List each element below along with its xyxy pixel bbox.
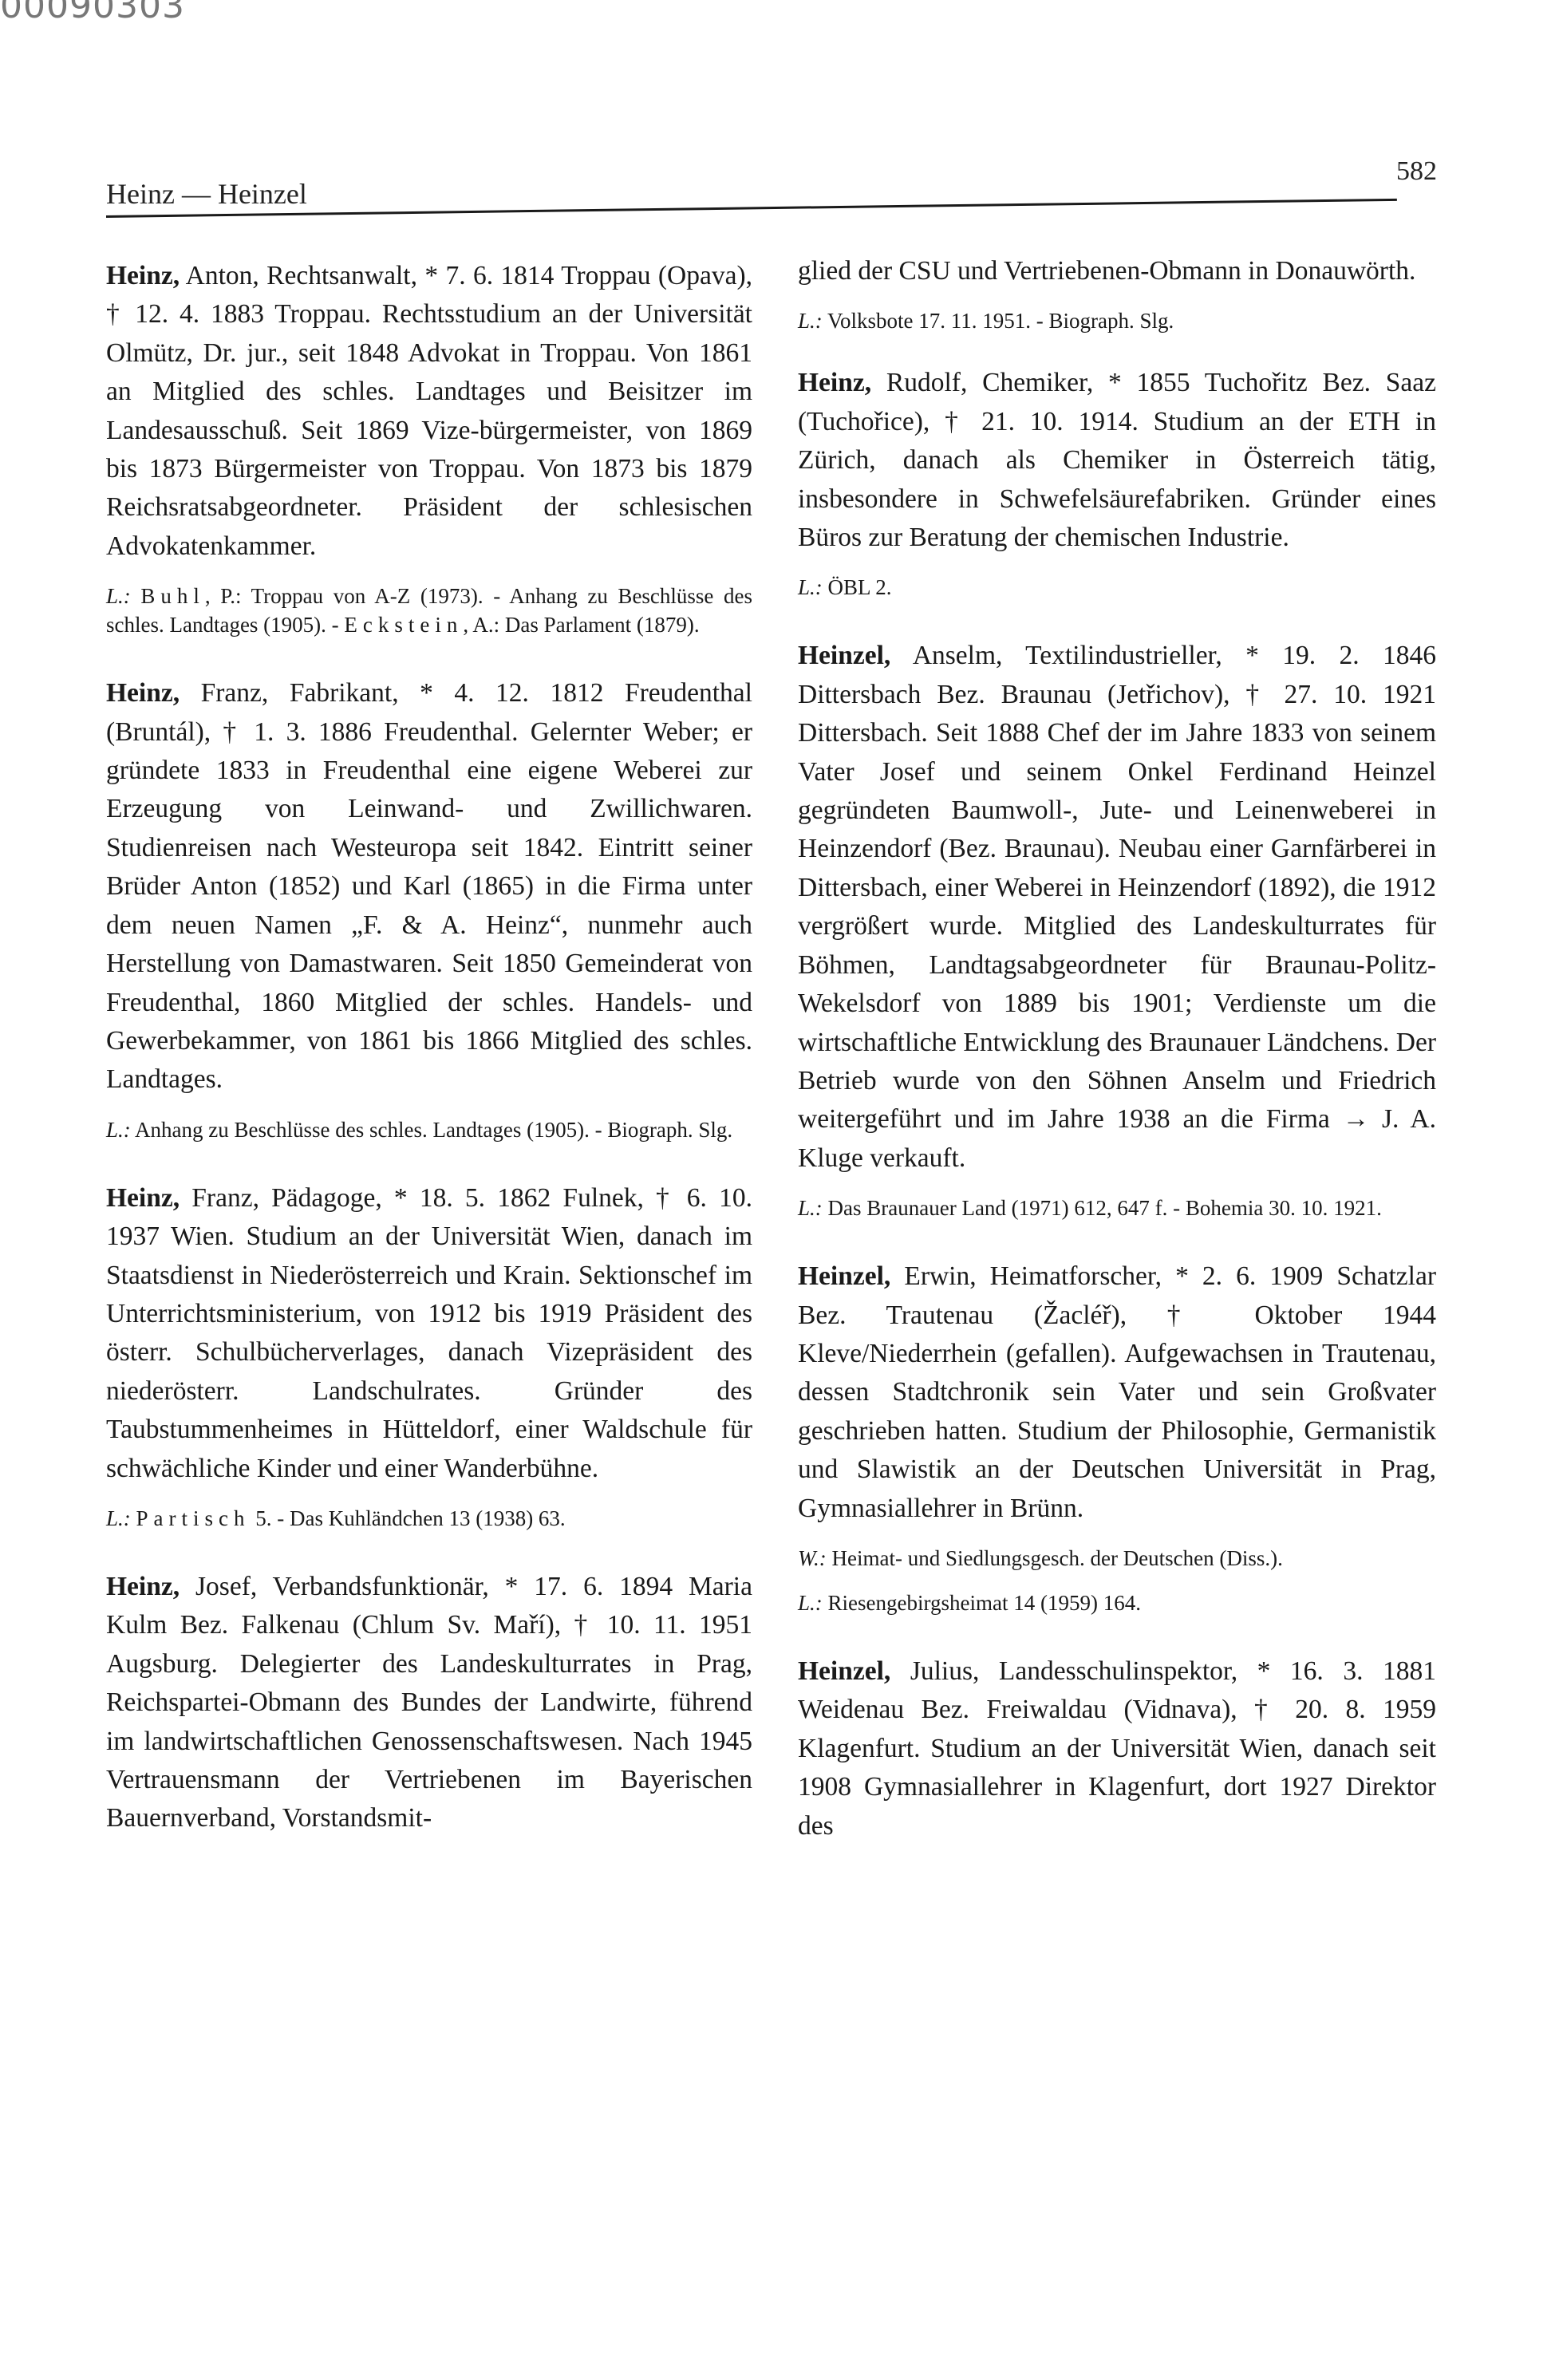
- entry-heinz-anton: Heinz, Anton, Rechtsanwalt, * 7. 6. 1814…: [106, 257, 752, 639]
- author-name: Partisch: [136, 1506, 251, 1530]
- entry-text: Julius, Landesschulinspektor, * 16. 3. 1…: [798, 1656, 1436, 1841]
- page-number: 582: [1396, 156, 1437, 187]
- entry-body: Heinz, Anton, Rechtsanwalt, * 7. 6. 1814…: [106, 257, 752, 566]
- ref-label: L.:: [106, 1118, 131, 1142]
- ref-label: L.:: [106, 1506, 131, 1530]
- entry-headword: Heinz,: [106, 261, 180, 290]
- entry-body: Heinz, Franz, Fabrikant, * 4. 12. 1812 F…: [106, 674, 752, 1099]
- ref-label: L.:: [798, 309, 823, 333]
- literature-reference: L.: Buhl, P.: Troppau von A-Z (1973). - …: [106, 582, 752, 639]
- ref-label: W.:: [798, 1546, 827, 1570]
- entry-headword: Heinzel,: [798, 1261, 890, 1291]
- entry-text: Rudolf, Chemiker, * 1855 Tuchořitz Bez. …: [798, 368, 1436, 552]
- entry-headword: Heinz,: [106, 1183, 180, 1213]
- literature-reference: L.: ÖBL 2.: [798, 573, 1436, 602]
- ref-text: [131, 1506, 136, 1530]
- works-reference: W.: Heimat- und Siedlungsgesch. der Deut…: [798, 1544, 1436, 1573]
- entry-heinz-josef-continued: glied der CSU und Vertriebenen-Obmann in…: [798, 252, 1436, 335]
- entry-text: Anton, Rechtsanwalt, * 7. 6. 1814 Troppa…: [106, 261, 752, 561]
- entry-body: Heinzel, Erwin, Heimatforscher, * 2. 6. …: [798, 1257, 1436, 1528]
- literature-reference: L.: Volksbote 17. 11. 1951. - Biograph. …: [798, 306, 1436, 335]
- entry-heinz-franz-fabrikant: Heinz, Franz, Fabrikant, * 4. 12. 1812 F…: [106, 674, 752, 1143]
- ref-label: L.:: [798, 1196, 823, 1220]
- entry-heinzel-erwin: Heinzel, Erwin, Heimatforscher, * 2. 6. …: [798, 1257, 1436, 1617]
- ref-label: L.:: [106, 584, 131, 608]
- ref-label: L.:: [798, 575, 823, 599]
- literature-reference: L.: Das Braunauer Land (1971) 612, 647 f…: [798, 1194, 1436, 1222]
- entry-body: Heinzel, Anselm, Textilindustrieller, * …: [798, 637, 1436, 1178]
- ref-text: Anhang zu Beschlüsse des schles. Landtag…: [131, 1118, 732, 1142]
- entry-heinz-rudolf: Heinz, Rudolf, Chemiker, * 1855 Tuchořit…: [798, 364, 1436, 602]
- author-name: Buhl: [140, 584, 205, 608]
- entry-heinzel-anselm: Heinzel, Anselm, Textilindustrieller, * …: [798, 637, 1436, 1222]
- ref-text: Das Braunauer Land (1971) 612, 647 f. - …: [823, 1196, 1382, 1220]
- entry-headword: Heinz,: [798, 368, 871, 397]
- entry-heinz-josef: Heinz, Josef, Verbandsfunktionär, * 17. …: [106, 1568, 752, 1838]
- literature-reference: L.: Partisch 5. - Das Kuhländchen 13 (19…: [106, 1504, 752, 1533]
- entry-text: Franz, Fabrikant, * 4. 12. 1812 Freudent…: [106, 678, 752, 1094]
- entry-headword: Heinzel,: [798, 641, 890, 670]
- ref-text: , A.: Das Parlament (1879).: [463, 613, 699, 637]
- entry-body: Heinz, Rudolf, Chemiker, * 1855 Tuchořit…: [798, 364, 1436, 557]
- left-column: Heinz, Anton, Rechtsanwalt, * 7. 6. 1814…: [106, 257, 752, 1873]
- entry-text-continued: glied der CSU und Vertriebenen-Obmann in…: [798, 252, 1436, 290]
- entry-text: Josef, Verbandsfunktionär, * 17. 6. 1894…: [106, 1572, 752, 1833]
- literature-reference: L.: Riesengebirgsheimat 14 (1959) 164.: [798, 1589, 1436, 1617]
- scan-stamp: 00090303: [0, 0, 185, 26]
- ref-text: Heimat- und Siedlungsgesch. der Deutsche…: [827, 1546, 1283, 1570]
- running-head: Heinz — Heinzel: [106, 177, 307, 211]
- entry-body: Heinzel, Julius, Landesschulinspektor, *…: [798, 1652, 1436, 1845]
- ref-text: 5. - Das Kuhländchen 13 (1938) 63.: [251, 1506, 566, 1530]
- ref-text: ÖBL 2.: [823, 575, 892, 599]
- author-name: Eckstein: [344, 613, 463, 637]
- entry-text: Erwin, Heimatforscher, * 2. 6. 1909 Scha…: [798, 1261, 1436, 1522]
- right-column: glied der CSU und Vertriebenen-Obmann in…: [798, 252, 1436, 1881]
- literature-reference: L.: Anhang zu Beschlüsse des schles. Lan…: [106, 1115, 752, 1144]
- entry-text: Anselm, Textilindustrieller, * 19. 2. 18…: [798, 641, 1436, 1172]
- entry-heinzel-julius: Heinzel, Julius, Landesschulinspektor, *…: [798, 1652, 1436, 1845]
- entry-headword: Heinzel,: [798, 1656, 890, 1686]
- entry-heinz-franz-paedagoge: Heinz, Franz, Pädagoge, * 18. 5. 1862 Fu…: [106, 1179, 752, 1533]
- entry-headword: Heinz,: [106, 678, 180, 708]
- ref-label: L.:: [798, 1591, 823, 1615]
- entry-text: Franz, Pädagoge, * 18. 5. 1862 Fulnek, †…: [106, 1183, 752, 1483]
- entry-body: Heinz, Franz, Pädagoge, * 18. 5. 1862 Fu…: [106, 1179, 752, 1488]
- ref-text: Volksbote 17. 11. 1951. - Biograph. Slg.: [823, 309, 1174, 333]
- ref-text: Riesengebirgsheimat 14 (1959) 164.: [823, 1591, 1141, 1615]
- entry-headword: Heinz,: [106, 1572, 180, 1601]
- entry-body: Heinz, Josef, Verbandsfunktionär, * 17. …: [106, 1568, 752, 1838]
